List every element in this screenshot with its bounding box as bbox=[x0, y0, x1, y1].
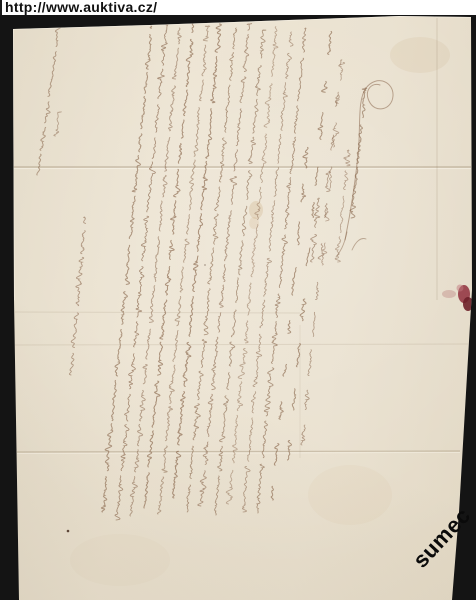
auction-photo: http://www.auktiva.cz/ sumec bbox=[0, 0, 476, 600]
letter-paper bbox=[0, 0, 476, 600]
handwriting-artwork bbox=[0, 0, 476, 600]
url-watermark-text: http://www.auktiva.cz/ bbox=[2, 0, 476, 15]
url-watermark-bar: http://www.auktiva.cz/ bbox=[0, 0, 476, 15]
